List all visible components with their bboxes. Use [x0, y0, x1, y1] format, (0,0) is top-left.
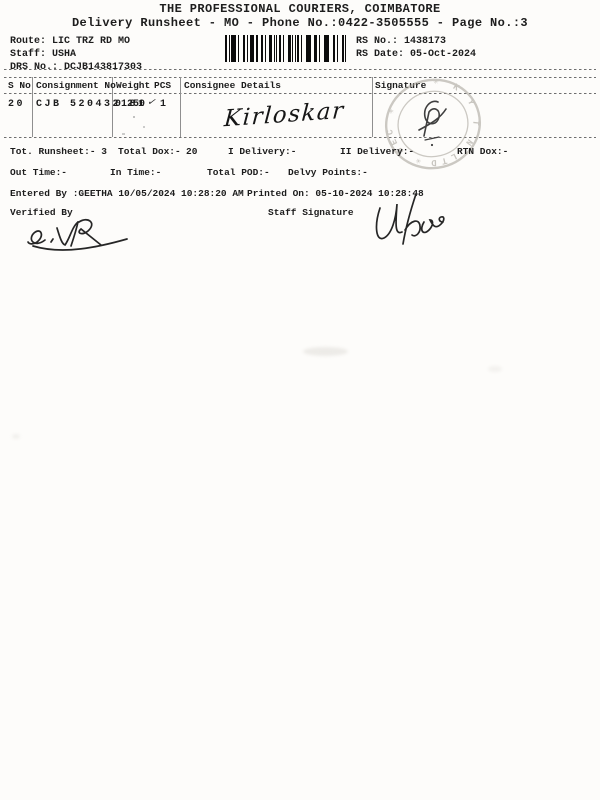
cell-pcs: 1: [160, 99, 169, 110]
rtn-dox: RTN Dox:-: [457, 146, 508, 157]
tot-runsheet: Tot. Runsheet:- 3: [10, 146, 107, 157]
delivery-runsheet-document: THE PROFESSIONAL COURIERS, COIMBATORE De…: [0, 0, 600, 800]
cell-weight: 0.250: [115, 99, 145, 110]
table-column-line: [180, 77, 181, 137]
staff-signature-label: Staff Signature: [268, 207, 354, 218]
rs-no-line: RS No.: 1438173: [356, 36, 446, 47]
table-header-line: [4, 93, 596, 94]
pencil-mark: [122, 133, 125, 135]
table-column-line: [372, 77, 373, 137]
total-dox-value: 20: [186, 146, 197, 157]
rs-date-line: RS Date: 05-Oct-2024: [356, 49, 476, 60]
cell-sno: 20: [8, 99, 25, 110]
out-time: Out Time:-: [10, 167, 67, 178]
courier-stamp: ✳ K Y T N LTD ✳ SEC ✳: [381, 76, 485, 172]
total-dox-label: Total Dox:-: [118, 146, 181, 157]
table-column-line: [32, 77, 33, 137]
route-line: Route: LIC TRZ RD MO: [10, 36, 130, 47]
separator-line: [4, 69, 596, 70]
col-header-consignment: Consignment No: [36, 80, 116, 91]
ii-delivery: II Delivery:-: [340, 146, 414, 157]
i-delivery: I Delivery:-: [228, 146, 296, 157]
stamp-center-initials: [419, 101, 446, 146]
entered-by-line: Entered By :GEETHA 10/05/2024 10:28:20 A…: [10, 188, 244, 199]
staff-signature-handwriting: [372, 190, 467, 254]
in-time: In Time:-: [110, 167, 161, 178]
weight-tick-handwriting: ✓: [146, 96, 156, 108]
col-header-sno: S No: [8, 80, 31, 91]
paper-smudge: [303, 347, 348, 356]
drs-no-line: DRS No.: DCJB143817303: [10, 62, 142, 73]
table-top-line: [4, 77, 596, 78]
delvy-points: Delvy Points:-: [288, 167, 368, 178]
consignee-handwriting: Kirloskar: [223, 98, 345, 133]
doc-subtitle: Delivery Runsheet - MO - Phone No.:0422-…: [0, 16, 600, 30]
pencil-mark: [133, 116, 135, 118]
paper-smudge: [12, 434, 20, 439]
col-header-consignee: Consignee Details: [184, 80, 281, 91]
doc-title: THE PROFESSIONAL COURIERS, COIMBATORE: [0, 2, 600, 16]
verified-by-signature: [15, 212, 135, 260]
table-bottom-line: [4, 137, 596, 138]
col-header-pcs: PCS: [154, 80, 171, 91]
rs-barcode: [225, 35, 346, 62]
col-header-weight: Weight: [116, 80, 150, 91]
staff-line: Staff: USHA: [10, 49, 76, 60]
pencil-mark: [143, 126, 145, 128]
paper-smudge: [488, 366, 502, 372]
total-pod: Total POD:-: [207, 167, 270, 178]
